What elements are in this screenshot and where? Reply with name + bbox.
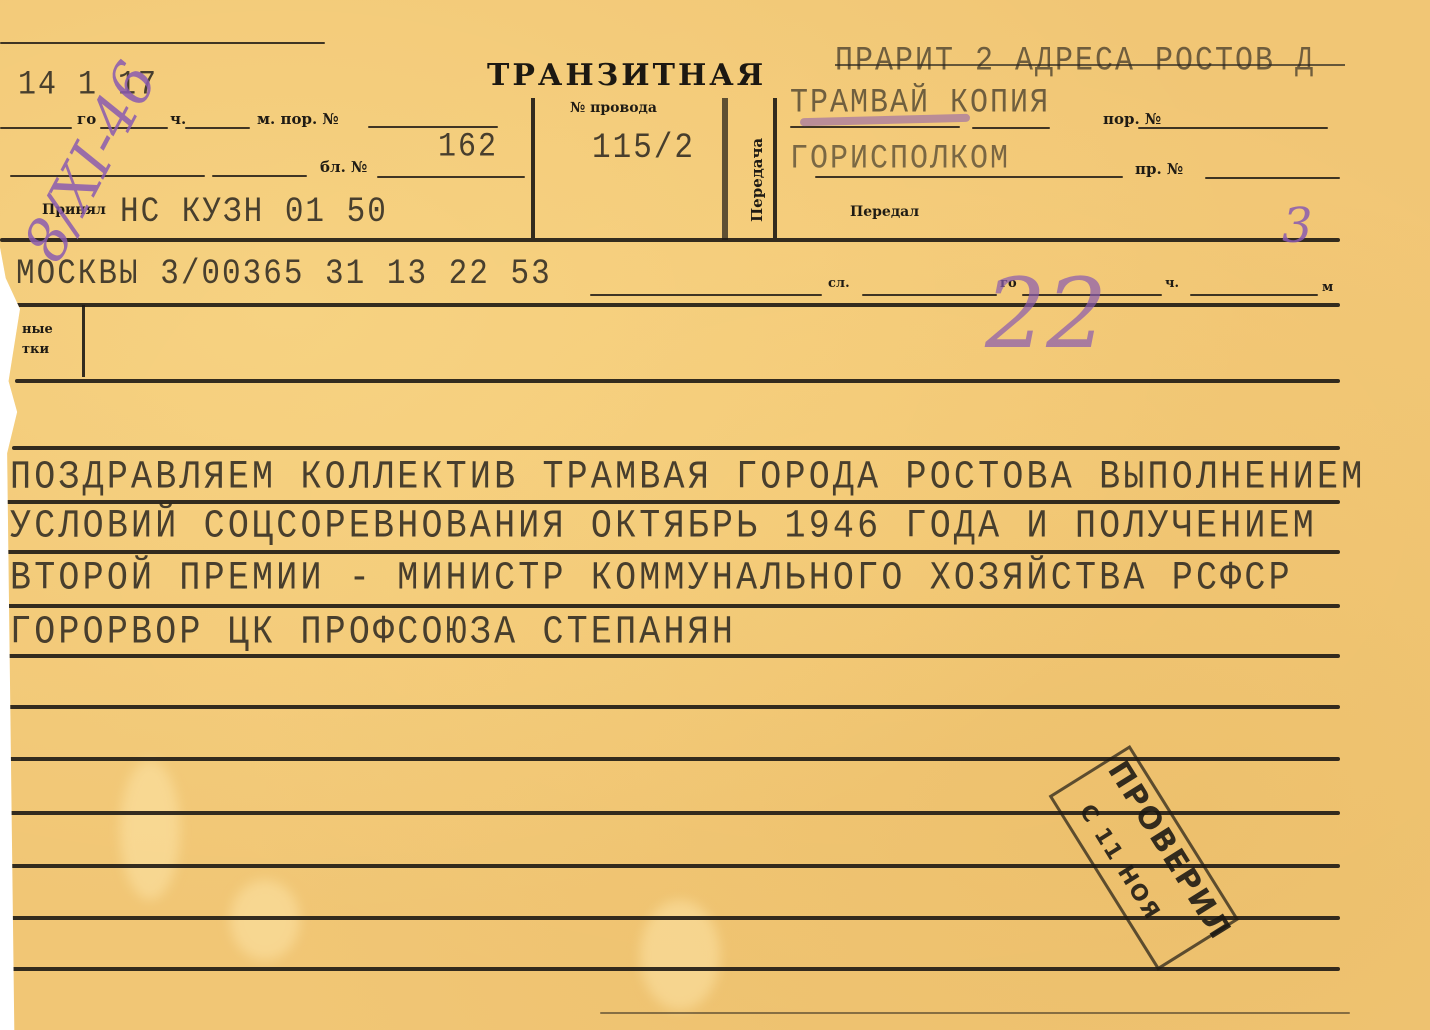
top-rule xyxy=(0,42,325,44)
field-line xyxy=(1138,127,1328,129)
label-m-mid: м xyxy=(1322,280,1333,295)
message-line-4: ГОРОРВОР ЦК ПРОФСОЮЗА СТЕПАНЯН xyxy=(10,609,736,655)
label-ch-mid: ч. xyxy=(1165,276,1179,291)
field-line xyxy=(862,294,997,296)
telegram-form: 14 1 17 го ч. м. пор. № 162 бл. № Принял… xyxy=(0,0,1430,1030)
message-line-2: УСЛОВИЙ СОЦСОРЕВНОВАНИЯ ОКТЯБРЬ 1946 ГОД… xyxy=(10,503,1317,549)
label-peredacha: Передача xyxy=(748,138,766,222)
message-rule xyxy=(0,604,1340,608)
field-line xyxy=(972,127,1050,129)
divider xyxy=(722,98,728,240)
label-m-por-no: м. пор. № xyxy=(257,110,339,128)
field-line xyxy=(815,176,1123,178)
section-rule xyxy=(0,238,1340,242)
message-rule xyxy=(0,654,1340,658)
transmission-line-1: ПРАРИТ 2 АДРЕСА РОСТОВ Д xyxy=(835,42,1315,81)
paper-stain xyxy=(230,880,300,960)
field-line xyxy=(590,294,822,296)
divider xyxy=(773,98,777,238)
message-rule xyxy=(12,446,1340,450)
section-rule xyxy=(15,303,1340,307)
order-number: 162 xyxy=(438,128,498,167)
received-by: НС КУЗН 01 50 xyxy=(120,192,388,232)
field-line xyxy=(1205,177,1340,179)
field-line xyxy=(212,175,307,177)
field-line xyxy=(185,127,250,129)
section-rule xyxy=(15,379,1340,383)
line-number: 115/2 xyxy=(592,128,695,168)
transmission-line-3: ГОРИСПОЛКОМ xyxy=(790,140,1010,179)
field-line xyxy=(0,127,72,129)
form-title: ТРАНЗИТНАЯ xyxy=(487,58,766,93)
handwritten-number-22: 22 xyxy=(985,258,1107,370)
label-ch: ч. xyxy=(170,110,186,128)
message-rule xyxy=(0,550,1340,554)
label-por-no-right: пор. № xyxy=(1103,110,1161,128)
label-pr-no: пр. № xyxy=(1135,160,1183,178)
message-line-3: ВТОРОЙ ПРЕМИИ - МИНИСТР КОММУНАЛЬНОГО ХО… xyxy=(10,555,1293,601)
divider xyxy=(82,305,85,377)
label-service-marks-2: тки xyxy=(22,342,49,357)
message-line-1: ПОЗДРАВЛЯЕМ КОЛЛЕКТИВ ТРАМВАЯ ГОРОДА РОС… xyxy=(10,454,1365,500)
label-bl-no: бл. № xyxy=(320,158,367,176)
handwritten-number-3: 3 xyxy=(1282,198,1313,254)
label-sl: сл. xyxy=(828,276,850,291)
origin-line: МОСКВЫ 3/00365 31 13 22 53 xyxy=(16,254,552,294)
strikethrough xyxy=(835,64,1345,66)
message-rule xyxy=(0,705,1340,709)
divider xyxy=(531,98,535,238)
bottom-rule xyxy=(600,1012,1350,1014)
field-line xyxy=(377,176,525,178)
message-rule xyxy=(0,967,1340,971)
paper-stain xyxy=(120,760,180,900)
label-peredal: Передал xyxy=(850,204,919,220)
field-line xyxy=(790,126,960,128)
field-line xyxy=(1190,294,1318,296)
label-provoda-no: № провода xyxy=(570,100,657,116)
label-service-marks: ные xyxy=(22,322,53,337)
